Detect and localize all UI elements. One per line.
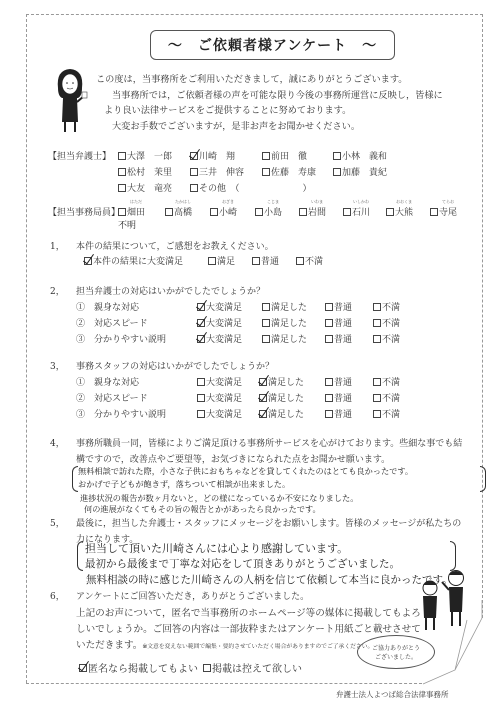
option-label: 佐藤 寿康 [271, 165, 316, 178]
option-label: 掲載は控えて欲しい [212, 660, 302, 675]
staff-section-label: 【担当事務局員】 [48, 205, 120, 218]
q3-option[interactable]: 満足した [259, 407, 304, 420]
q1-option[interactable]: 本件の結果に大変満足 [84, 254, 183, 267]
q2-option[interactable]: 大変満足 [197, 332, 242, 345]
checkbox[interactable] [262, 152, 270, 160]
ruby-text: たかはし [174, 199, 192, 205]
q3-option[interactable]: 不満 [373, 375, 400, 388]
checkbox[interactable] [325, 335, 333, 343]
q2-option[interactable]: 満足した [262, 332, 307, 345]
checkbox[interactable] [325, 303, 333, 311]
checkbox[interactable] [325, 319, 333, 327]
q1-number: 1， [50, 239, 65, 252]
q4-text-line-1: 事務所職員一同，皆様によりご満足頂ける事務所サービスを心がけております。些細な事… [76, 436, 462, 449]
checkbox[interactable] [373, 410, 381, 418]
checkbox[interactable] [333, 168, 341, 176]
q3-number: 3， [50, 359, 65, 372]
q6-option-publish-anonymous[interactable]: 匿名なら掲載してもよい [79, 660, 198, 675]
q2-option[interactable]: 満足した [262, 316, 307, 329]
checkbox[interactable] [252, 257, 260, 265]
option-label: 普通 [334, 391, 352, 404]
lawyer-option[interactable]: 加藤 貴紀 [333, 165, 387, 178]
q3-option[interactable]: 不満 [373, 391, 400, 404]
lawyer-option[interactable]: 大友 竜亮 [118, 181, 172, 194]
sheet-border-bottom [26, 683, 422, 684]
option-label: 加藤 貴紀 [342, 165, 387, 178]
thanks-speech-bubble: ご協力ありがとう ございました。 [357, 635, 435, 669]
ruby-text: いわま [308, 199, 326, 205]
q4-answer-line-1: 無料相談で訪れた際，小さな子供におもちゃなどを貸してくれたのはとても良かったです… [78, 466, 413, 477]
staff-option[interactable]: たかはし高橋 [165, 205, 192, 218]
checkbox-checked[interactable] [197, 319, 205, 327]
q6-text-line-3: しいでしょうか。ご回答の内容は一部抜粋またはアンケート用紙ごと載せさせて [76, 621, 421, 635]
option-label: 不満 [382, 375, 400, 388]
ruby-text: こじま [264, 199, 282, 205]
option-label: 不満 [382, 407, 400, 420]
intro-line-3: より良い法律サービスをご提供することに努めております。 [96, 103, 486, 119]
option-label: 岩間 [308, 208, 326, 218]
q6-option-do-not-publish[interactable]: 掲載は控えて欲しい [203, 660, 302, 675]
ruby-text: てらお [439, 199, 457, 205]
q6-text-line-2: 上記のお声について，匿名で当事務所のホームページ等の媒体に掲載してもよろ [76, 605, 421, 619]
option-label: 小林 義和 [342, 149, 387, 162]
checkbox-checked[interactable] [197, 303, 205, 311]
option-label: 大友 竜亮 [127, 181, 172, 194]
option-label: 寺尾 [439, 208, 457, 218]
checkbox[interactable] [118, 152, 126, 160]
option-label: 川崎 翔 [199, 149, 235, 162]
q2-option[interactable]: 大変満足 [197, 316, 242, 329]
lawyer-section-label: 【担当弁護士】 [48, 149, 111, 162]
checkbox-checked[interactable] [197, 335, 205, 343]
q2-option[interactable]: 不満 [373, 332, 400, 345]
checkbox[interactable] [197, 394, 205, 402]
checkbox[interactable] [373, 303, 381, 311]
option-label: 満足した [271, 332, 307, 345]
checkbox[interactable] [118, 168, 126, 176]
checkbox[interactable] [118, 208, 126, 216]
option-label: 畑田 [127, 208, 145, 218]
q1-option[interactable]: 満足 [208, 254, 235, 267]
staff-option[interactable]: てらお寺尾 [430, 205, 457, 218]
q5-text-line-1: 最後に，担当した弁護士・スタッフにメッセージをお願いします。皆様のメッセージが私… [76, 516, 461, 529]
ruby-text: いしかわ [352, 199, 370, 205]
option-label: 石川 [352, 208, 370, 218]
q4-number: 4， [50, 436, 65, 449]
checkbox-checked[interactable] [79, 664, 87, 672]
intro-line-1: この度は，当事務所をご利用いただきまして，誠にありがとうございます。 [96, 72, 486, 88]
option-label: 不満 [382, 332, 400, 345]
bubble-line-2: ございました。 [358, 653, 434, 662]
ruby-text: はただ [127, 199, 145, 205]
option-label: 満足した [268, 407, 304, 420]
option-label: 大変満足 [206, 316, 242, 329]
intro-text: この度は，当事務所をご利用いただきまして，誠にありがとうございます。 当事務所で… [96, 72, 486, 134]
checkbox[interactable] [197, 410, 205, 418]
q3-option[interactable]: 満足した [259, 391, 304, 404]
checkbox[interactable] [262, 335, 270, 343]
checkbox[interactable] [430, 208, 438, 216]
option-label: 不満 [382, 300, 400, 313]
q2-option[interactable]: 不満 [373, 300, 400, 313]
checkbox-checked[interactable] [259, 394, 267, 402]
handwritten-staff-note: 不明 [118, 218, 136, 231]
q3-option[interactable]: 不満 [373, 407, 400, 420]
checkbox[interactable] [197, 378, 205, 386]
lawyer-option[interactable]: 佐藤 寿康 [262, 165, 316, 178]
q2-option[interactable]: 普通 [325, 316, 352, 329]
q3-option[interactable]: 大変満足 [197, 375, 242, 388]
option-label: 大変満足 [206, 332, 242, 345]
q5-answer-line-1: 担当して頂いた川崎さんには心より感謝しています。 [85, 540, 348, 556]
option-label: 大変満足 [206, 300, 242, 313]
checkbox[interactable] [333, 152, 341, 160]
option-label: 満足 [217, 254, 235, 267]
q2-row-label: ③ 分かりやすい説明 [76, 332, 166, 345]
checkbox[interactable] [373, 335, 381, 343]
option-label: その他 （ ） [199, 181, 312, 194]
option-label: 満足した [271, 300, 307, 313]
checkbox[interactable] [325, 378, 333, 386]
q2-row-label: ① 親身な対応 [76, 300, 139, 313]
checkbox[interactable] [386, 208, 394, 216]
checkbox[interactable] [190, 184, 198, 192]
q2-option[interactable]: 満足した [262, 300, 307, 313]
page-title: ～ ご依頼者様アンケート ～ [150, 30, 395, 60]
q3-row-label: ① 親身な対応 [76, 375, 139, 388]
option-label: 普通 [334, 407, 352, 420]
staff-option[interactable]: はただ畑田 [118, 205, 145, 218]
q6-note: ※文意を変えない範囲で編集・要約させていただく場合がありますのでご了承ください。 [142, 644, 373, 650]
q3-option[interactable]: 大変満足 [197, 407, 242, 420]
checkbox-checked[interactable] [84, 257, 92, 265]
staff-option[interactable]: いしかわ石川 [343, 205, 370, 218]
option-label: 大澤 一郎 [127, 149, 172, 162]
q6-text-line-1: アンケートにご回答いただき，ありがとうございました。 [76, 589, 309, 602]
option-label: 前田 徹 [271, 149, 307, 162]
checkbox[interactable] [373, 378, 381, 386]
bracket-right [480, 466, 486, 492]
q2-row-label: ② 対応スピード [76, 316, 148, 329]
checkbox[interactable] [325, 394, 333, 402]
lawyer-option[interactable]: 三井 伸容 [190, 165, 244, 178]
lawyer-option[interactable]: 松村 茉里 [118, 165, 172, 178]
checkbox-checked[interactable] [259, 410, 267, 418]
option-label: 三井 伸容 [199, 165, 244, 178]
q3-option[interactable]: 満足した [259, 375, 304, 388]
ruby-text: おおくま [395, 199, 413, 205]
option-label: 大熊 [395, 208, 413, 218]
checkbox[interactable] [299, 208, 307, 216]
firm-name: 弁護士法人よつば総合法律事務所 [336, 689, 449, 700]
q4-text-line-2: 構ですので，改善点やご要望等，お気づきになられた点をお聞かせ願います。 [76, 452, 390, 465]
option-label: 不満 [305, 254, 323, 267]
q3-option[interactable]: 普通 [325, 407, 352, 420]
option-label: 満足した [268, 391, 304, 404]
checkbox[interactable] [262, 168, 270, 176]
lawyer-option[interactable]: 小林 義和 [333, 149, 387, 162]
q3-option[interactable]: 大変満足 [197, 391, 242, 404]
q2-option[interactable]: 普通 [325, 300, 352, 313]
option-label: 松村 茉里 [127, 165, 172, 178]
staff-option[interactable]: おざき小崎 [210, 205, 237, 218]
q2-number: 2， [50, 284, 65, 297]
ruby-text: おざき [219, 199, 237, 205]
two-lawyers-illustration-icon [410, 566, 482, 638]
checkbox[interactable] [190, 168, 198, 176]
option-label: 大変満足 [206, 375, 242, 388]
lawyer-option[interactable]: 前田 徹 [262, 149, 307, 162]
q2-text: 担当弁護士の対応はいかがでしたでしょうか？ [76, 284, 265, 297]
checkbox[interactable] [373, 319, 381, 327]
staff-option[interactable]: こじま小島 [255, 205, 282, 218]
bubble-line-1: ご協力ありがとう [358, 644, 434, 653]
q3-row-label: ③ 分かりやすい説明 [76, 407, 166, 420]
lawyer-option-other[interactable]: その他 （ ） [190, 181, 312, 194]
checkbox[interactable] [343, 208, 351, 216]
q5-answer-line-3: 無料相談の時に感じた川崎さんの人柄を信じて依頼して本当に良かったです。 [86, 572, 453, 587]
intro-line-4: 大変お手数でございますが，是非お声をお聞かせください。 [96, 119, 486, 135]
option-label: 不満 [382, 316, 400, 329]
option-label: 普通 [334, 316, 352, 329]
checkbox[interactable] [325, 410, 333, 418]
q1-option[interactable]: 不満 [296, 254, 323, 267]
option-label: 不満 [382, 391, 400, 404]
option-label: 匿名なら掲載してもよい [88, 660, 198, 675]
q6-text-line-4: いただきます。※文意を変えない範囲で編集・要約させていただく場合がありますのでご… [76, 637, 373, 651]
q1-option[interactable]: 普通 [252, 254, 279, 267]
checkbox[interactable] [210, 208, 218, 216]
option-label: 普通 [334, 332, 352, 345]
bracket-left [77, 541, 83, 571]
q6-text-line-4-main: いただきます。 [76, 640, 142, 651]
checkbox-checked[interactable] [259, 378, 267, 386]
option-label: 満足した [268, 375, 304, 388]
staff-option[interactable]: おおくま大熊 [386, 205, 413, 218]
option-label: 大変満足 [206, 407, 242, 420]
q2-option[interactable]: 大変満足 [197, 300, 242, 313]
q2-option[interactable]: 普通 [325, 332, 352, 345]
checkbox[interactable] [165, 208, 173, 216]
q4-answer-line-2: おかげで子どもが飽きず，落ちついて相談が出来ました。 [78, 479, 290, 490]
option-label: 普通 [334, 375, 352, 388]
option-label: 満足した [271, 316, 307, 329]
q3-option[interactable]: 普通 [325, 375, 352, 388]
lawyer-option[interactable]: 大澤 一郎 [118, 149, 172, 162]
lawyer-option[interactable]: 川崎 翔 [190, 149, 235, 162]
checkbox[interactable] [373, 394, 381, 402]
checkbox[interactable] [208, 257, 216, 265]
q5-number: 5， [50, 516, 65, 529]
checkbox[interactable] [262, 303, 270, 311]
staff-option[interactable]: いわま岩間 [299, 205, 326, 218]
checkbox[interactable] [118, 184, 126, 192]
q3-row-label: ② 対応スピード [76, 391, 148, 404]
woman-illustration-icon [50, 66, 90, 136]
option-label: 普通 [334, 300, 352, 313]
option-label: 本件の結果に大変満足 [93, 254, 183, 267]
intro-line-2: 当事務所では，ご依頼者様の声を可能な限り今後の事務所運営に反映し，皆様に [96, 88, 486, 104]
option-label: 小崎 [219, 208, 237, 218]
option-label: 高橋 [174, 208, 192, 218]
option-label: 小島 [264, 208, 282, 218]
q3-option[interactable]: 普通 [325, 391, 352, 404]
q4-answer-line-4: 何の進展がなくてもその旨の報告とかがあったら良かったです。 [84, 504, 321, 515]
q6-number: 6， [50, 589, 65, 602]
checkbox[interactable] [296, 257, 304, 265]
checkbox[interactable] [203, 664, 211, 672]
q5-answer-line-2: 最初から最後まで丁寧な対応をして頂きありがとうございました。 [85, 556, 400, 571]
option-label: 大変満足 [206, 391, 242, 404]
checkbox[interactable] [255, 208, 263, 216]
checkbox[interactable] [262, 319, 270, 327]
checkbox-checked[interactable] [190, 152, 198, 160]
q2-option[interactable]: 不満 [373, 316, 400, 329]
q4-answer-line-3: 進捗状況の報告が数ヶ月ないと，どの様になっているか不安になりました。 [80, 493, 358, 504]
option-label: 普通 [261, 254, 279, 267]
q1-text: 本件の結果について，ご感想をお教えください。 [76, 239, 274, 252]
q3-text: 事務スタッフの対応はいかがでしたでしょうか？ [76, 359, 274, 372]
